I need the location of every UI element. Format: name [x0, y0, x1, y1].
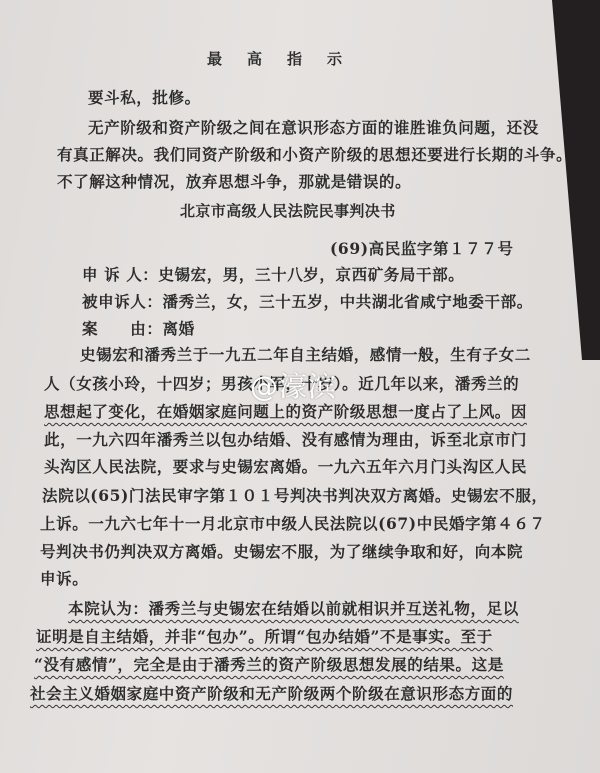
directive-line: 不了解这种情况，放弃思想斗争，那就是错误的。 [57, 170, 411, 192]
case-cause: 案 由：离婚 [82, 317, 195, 339]
facts-line: 上诉。一九六七年十一月北京市中级人民法院以(67)中民婚字第４６７ [40, 512, 546, 534]
judgment-title: 北京市高级人民法院民事判决书 [180, 200, 396, 221]
opinion-line: 本院认为：潘秀兰与史锡宏在结婚以前就相识并互送礼物，足以 [68, 597, 519, 619]
directive-line: 无产阶级和资产阶级之间在意识形态方面的谁胜谁负问题，还没 [88, 116, 539, 138]
facts-line: 申诉。 [40, 567, 88, 589]
party-value: 史锡宏，男，三十八岁，京西矿务局干部。 [158, 265, 464, 284]
party-label: 申 诉 人： [82, 265, 158, 284]
facts-line: 史锡宏和潘秀兰于一九五二年自主结婚，感情一般，生有子女二 [80, 343, 531, 365]
page-edge-shadow [540, 0, 600, 360]
party-value: 潘秀兰，女，三十五岁，中共湖北省咸宁地委干部。 [163, 292, 533, 311]
party-value: 离婚 [163, 319, 195, 338]
opinion-line: 证明是自主结婚，并非“包办”。所谓“包办结婚”不是事实。至于 [36, 625, 493, 647]
party-label: 被申诉人： [82, 292, 163, 311]
directive-title: 最高指示 [207, 48, 367, 69]
opinion-line: 社会主义婚姻家庭中资产阶级和无产阶级两个阶级在意识形态方面的 [30, 682, 513, 704]
facts-line: 法院以(65)门法民审字第１０１号判决书判决双方离婚。史锡宏不服， [42, 484, 548, 506]
facts-line: 头沟区人民法院，要求与史锡宏离婚。一九六五年六月门头沟区人民 [44, 455, 527, 477]
facts-line: 号判决书仍判决双方离婚。史锡宏不服，为了继续争取和好，向本院 [40, 540, 523, 562]
facts-line: 此，一九六四年潘秀兰以包办结婚、没有感情为理由，诉至北京市门 [44, 428, 527, 450]
case-number: (69)高民监字第１７７号 [330, 237, 514, 259]
directive-line: 有真正解决。我们同资产阶级和小资产阶级的思想还要进行长期的斗争。 [57, 143, 572, 165]
opinion-line: “没有感情”，完全是由于潘秀兰的资产阶级思想发展的结果。这是 [34, 653, 504, 675]
party-label: 案 由： [82, 319, 163, 338]
directive-line: 要斗私，批修。 [88, 86, 201, 108]
document-page: 最高指示 要斗私，批修。 无产阶级和资产阶级之间在意识形态方面的谁胜谁负问题，还… [0, 0, 600, 773]
party-appellant: 申 诉 人：史锡宏，男，三十八岁，京西矿务局干部。 [82, 263, 464, 285]
party-respondent: 被申诉人：潘秀兰，女，三十五岁，中共湖北省咸宁地委干部。 [82, 290, 533, 312]
watermark: @濠滨 [250, 365, 337, 405]
